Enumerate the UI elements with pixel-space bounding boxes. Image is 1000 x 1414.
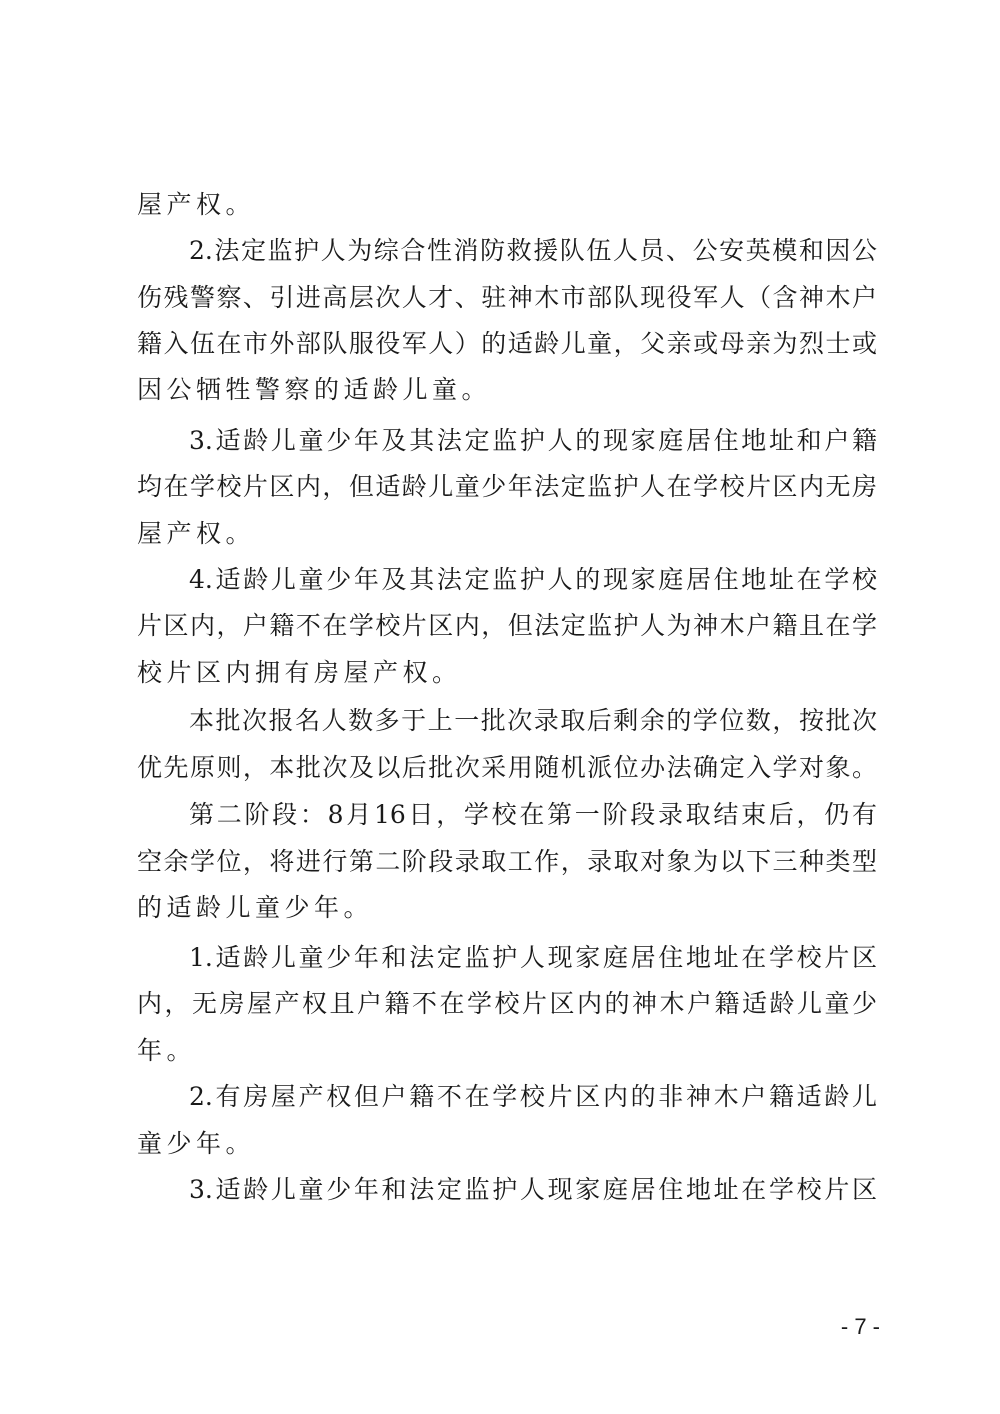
text-line: 4.适龄儿童少年及其法定监护人的现家庭居住地址在学校 (189, 563, 877, 597)
text-line: 的适龄儿童少年。 (137, 891, 877, 925)
text-line: 第二阶段：8月16日，学校在第一阶段录取结束后，仍有 (189, 798, 877, 832)
text-line: 伤残警察、引进高层次人才、驻神木市部队现役军人（含神木户 (137, 281, 877, 315)
text-line: 籍入伍在市外部队服役军人）的适龄儿童，父亲或母亲为烈士或 (137, 327, 877, 361)
text-line: 屋产权。 (137, 188, 877, 222)
text-line: 3.适龄儿童少年及其法定监护人的现家庭居住地址和户籍 (189, 424, 877, 458)
text-line: 1.适龄儿童少年和法定监护人现家庭居住地址在学校片区 (189, 941, 877, 975)
text-line: 校片区内拥有房屋产权。 (137, 656, 877, 690)
text-line: 屋产权。 (137, 517, 877, 551)
text-line: 因公牺牲警察的适龄儿童。 (137, 373, 877, 407)
text-line: 2.有房屋产权但户籍不在学校片区内的非神木户籍适龄儿 (189, 1080, 877, 1114)
text-line: 童少年。 (137, 1127, 877, 1161)
text-line: 年。 (137, 1034, 877, 1068)
text-line: 2.法定监护人为综合性消防救援队伍人员、公安英模和因公 (189, 234, 877, 268)
text-line: 片区内，户籍不在学校片区内，但法定监护人为神木户籍且在学 (137, 609, 877, 643)
text-line: 3.适龄儿童少年和法定监护人现家庭居住地址在学校片区 (189, 1173, 877, 1207)
text-line: 优先原则，本批次及以后批次采用随机派位办法确定入学对象。 (137, 751, 877, 785)
page-number: - 7 - (836, 1313, 880, 1341)
text-line: 本批次报名人数多于上一批次录取后剩余的学位数，按批次 (189, 704, 877, 738)
document-page: 屋产权。 2.法定监护人为综合性消防救援队伍人员、公安英模和因公 伤残警察、引进… (0, 0, 1000, 1414)
text-line: 内，无房屋产权且户籍不在学校片区内的神木户籍适龄儿童少 (137, 987, 877, 1021)
text-line: 空余学位，将进行第二阶段录取工作，录取对象为以下三种类型 (137, 845, 877, 879)
text-line: 均在学校片区内，但适龄儿童少年法定监护人在学校片区内无房 (137, 470, 877, 504)
